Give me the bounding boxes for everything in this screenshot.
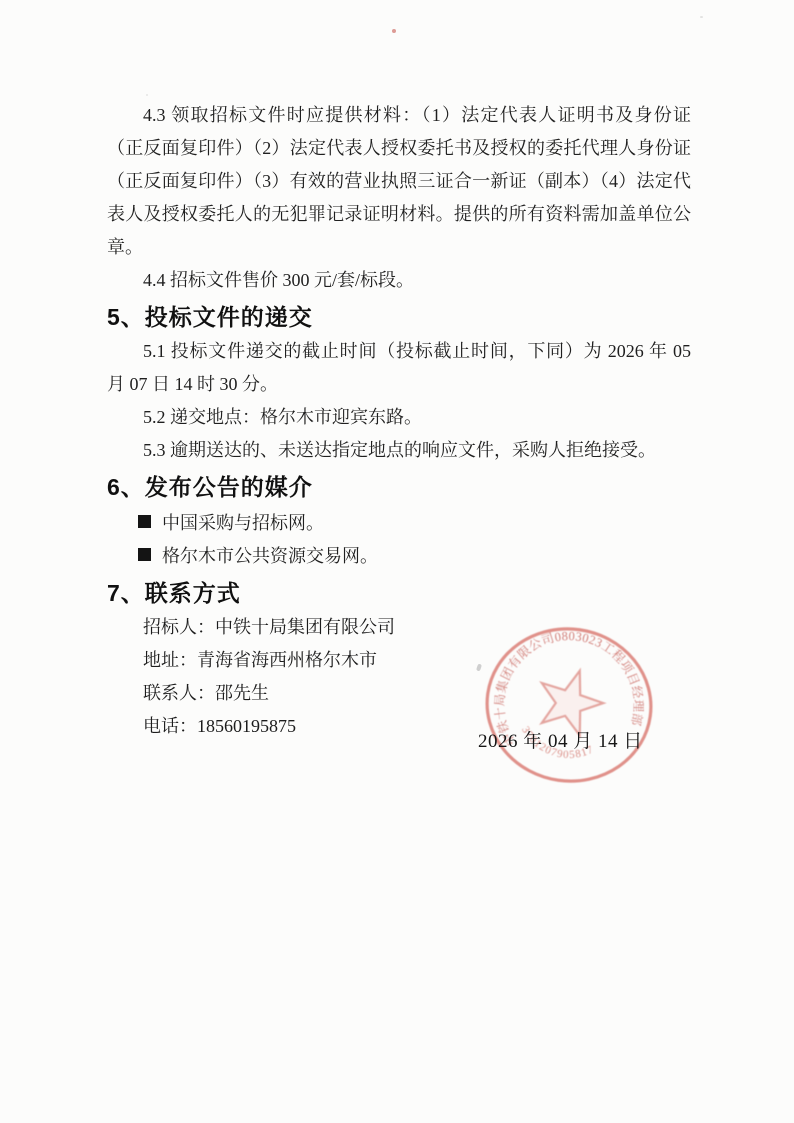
scan-speck	[700, 16, 703, 18]
section-heading-5: 5、投标文件的递交	[107, 299, 691, 335]
media-list-item: 格尔木市公共资源交易网。	[107, 538, 691, 571]
paragraph-5-3: 5.3 逾期送达的、未送达指定地点的响应文件，采购人拒绝接受。	[107, 434, 691, 467]
paragraph-5-2: 5.2 递交地点：格尔木市迎宾东路。	[107, 401, 691, 434]
paragraph-4-3: 4.3 领取招标文件时应提供材料：（1）法定代表人证明书及身份证（正反面复印件）…	[107, 99, 691, 264]
document-page: 4.3 领取招标文件时应提供材料：（1）法定代表人证明书及身份证（正反面复印件）…	[0, 0, 794, 1123]
section-heading-6: 6、发布公告的媒介	[107, 469, 691, 505]
paragraph-4-4: 4.4 招标文件售价 300 元/套/标段。	[107, 264, 691, 297]
company-seal-stamp: 中铁十局集团有限公司0803023工程项目经理部 3701207905817	[454, 597, 684, 815]
media-item-label: 中国采购与招标网。	[162, 509, 324, 535]
scan-speck-red	[392, 29, 396, 33]
signature-date: 2026 年 04 月 14 日	[478, 731, 643, 753]
square-bullet-icon	[138, 515, 151, 528]
square-bullet-icon	[138, 548, 151, 561]
media-list-item: 中国采购与招标网。	[107, 505, 691, 538]
media-item-label: 格尔木市公共资源交易网。	[162, 542, 378, 568]
star-icon	[535, 666, 607, 738]
paragraph-5-1: 5.1 投标文件递交的截止时间（投标截止时间，下同）为 2026 年 05 月 …	[107, 335, 691, 401]
scan-speck	[146, 94, 148, 96]
